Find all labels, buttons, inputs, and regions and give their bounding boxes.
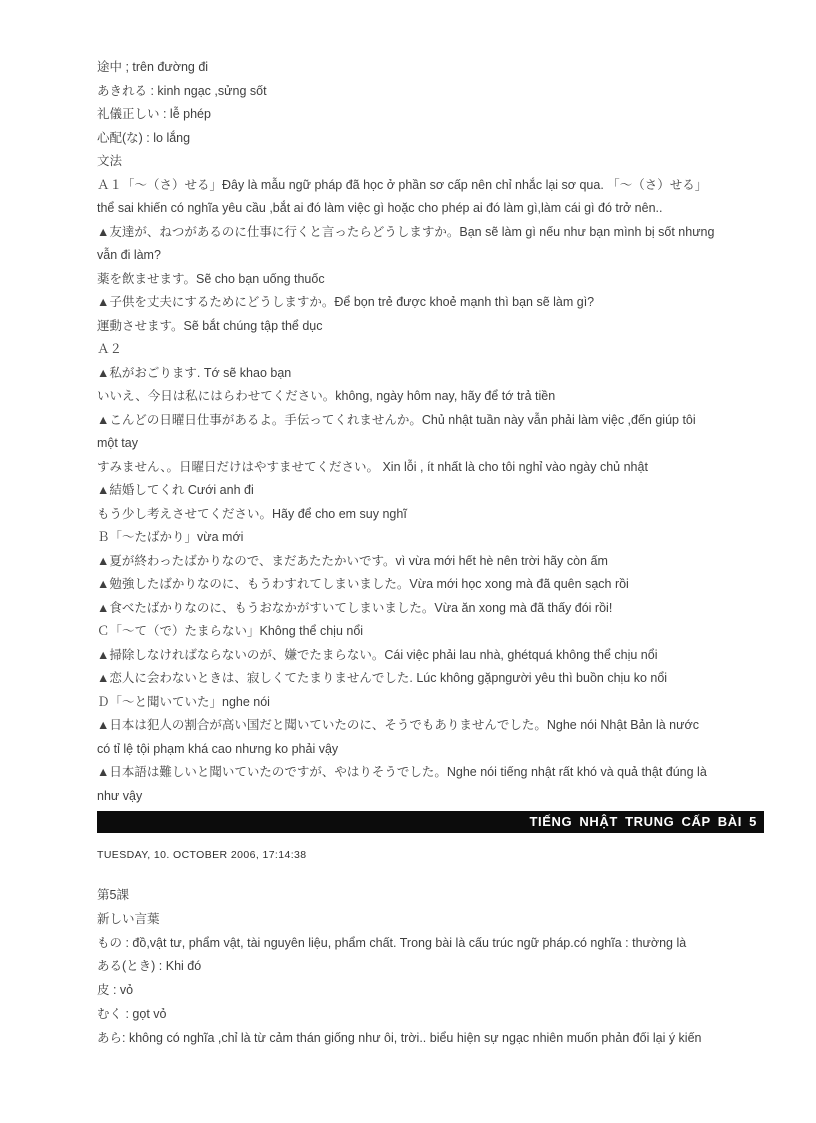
grammar-notes-section: 途中 ; trên đường điあきれる : kinh ngạc ,sửng… (97, 56, 764, 808)
text-line: 心配(な) : lo lắng (97, 127, 764, 151)
text-line: thể sai khiến có nghĩa yêu cầu ,bắt ai đ… (97, 197, 764, 221)
text-line: Ｃ「～て（で）たまらない」Không thể chịu nổi (97, 620, 764, 644)
text-line: ▲友達が、ねつがあるのに仕事に行くと言ったらどうしますか。Bạn sẽ làm … (97, 221, 764, 245)
text-line: ▲こんどの日曜日仕事があるよ。手伝ってくれませんか。Chủ nhật tuần … (97, 409, 764, 433)
text-line: ▲私がおごります. Tớ sẽ khao bạn (97, 362, 764, 386)
text-line: như vậy (97, 785, 764, 809)
banner-title: TIẾNG NHẬT TRUNG CẤP BÀI 5 (529, 814, 757, 829)
text-line: むく : gọt vỏ (97, 1003, 764, 1027)
text-line: một tay (97, 432, 764, 456)
text-line: ▲日本語は難しいと聞いていたのですが、やはりそうでした。Nghe nói tiế… (97, 761, 764, 785)
lesson5-vocabulary-section: 第5課新しい言葉もの : đồ,vật tư, phẩm vật, tài ng… (97, 884, 764, 1051)
text-line: 文法 (97, 150, 764, 174)
text-line: 途中 ; trên đường đi (97, 56, 764, 80)
text-line: あら: không có nghĩa ,chỉ là từ cảm thán g… (97, 1027, 764, 1051)
text-line: Ａ１「～（さ）せる」Đây là mẫu ngữ pháp đã học ở p… (97, 174, 764, 198)
text-line: ▲勉強したばかりなのに、もうわすれてしまいました。Vừa mới học xon… (97, 573, 764, 597)
text-line: Ｂ「～たばかり」vừa mới (97, 526, 764, 550)
text-line: もう少し考えさせてください。Hãy để cho em suy nghĩ (97, 503, 764, 527)
text-line: có tỉ lệ tội phạm khá cao nhưng ko phải … (97, 738, 764, 762)
text-line: Ａ２ (97, 338, 764, 362)
text-line: ▲日本は犯人の割合が高い国だと聞いていたのに、そうでもありませんでした。Nghe… (97, 714, 764, 738)
document-page: 途中 ; trên đường điあきれる : kinh ngạc ,sửng… (0, 0, 816, 1123)
text-line: あきれる : kinh ngạc ,sửng sốt (97, 80, 764, 104)
text-line: ▲食べたばかりなのに、もうおなかがすいてしまいました。Vừa ăn xong m… (97, 597, 764, 621)
text-line: Ｄ「～と聞いていた」nghe nói (97, 691, 764, 715)
text-line: vẫn đi làm? (97, 244, 764, 268)
text-line: 薬を飲ませます。Sẽ cho bạn uống thuốc (97, 268, 764, 292)
text-line: 皮 : vỏ (97, 979, 764, 1003)
text-line: 第5課 (97, 884, 764, 908)
text-line: 礼儀正しい : lễ phép (97, 103, 764, 127)
text-line: 新しい言葉 (97, 908, 764, 932)
text-line: ▲掃除しなければならないのが、嫌でたまらない。Cái việc phải lau… (97, 644, 764, 668)
text-line: いいえ、今日は私にはらわせてください。không, ngày hôm nay, … (97, 385, 764, 409)
text-line: ▲子供を丈夫にするためにどうしますか。Để bọn trẻ được khoẻ … (97, 291, 764, 315)
text-line: もの : đồ,vật tư, phẩm vật, tài nguyên liệ… (97, 932, 764, 956)
text-line: ある(とき) : Khi đó (97, 955, 764, 979)
text-line: ▲夏が終わったばかりなので、まだあたたかいです。vì vừa mới hết h… (97, 550, 764, 574)
post-timestamp: TUESDAY, 10. OCTOBER 2006, 17:14:38 (97, 848, 764, 862)
text-line: すみません、。日曜日だけはやすませてください。 Xin lỗi , ít nhấ… (97, 456, 764, 480)
section-banner: TIẾNG NHẬT TRUNG CẤP BÀI 5 (97, 811, 764, 833)
text-line: 運動させます。Sẽ bắt chúng tập thể dục (97, 315, 764, 339)
text-line: ▲恋人に会わないときは、寂しくてたまりませんでした. Lúc không gặp… (97, 667, 764, 691)
text-line: ▲結婚してくれ Cưới anh đi (97, 479, 764, 503)
